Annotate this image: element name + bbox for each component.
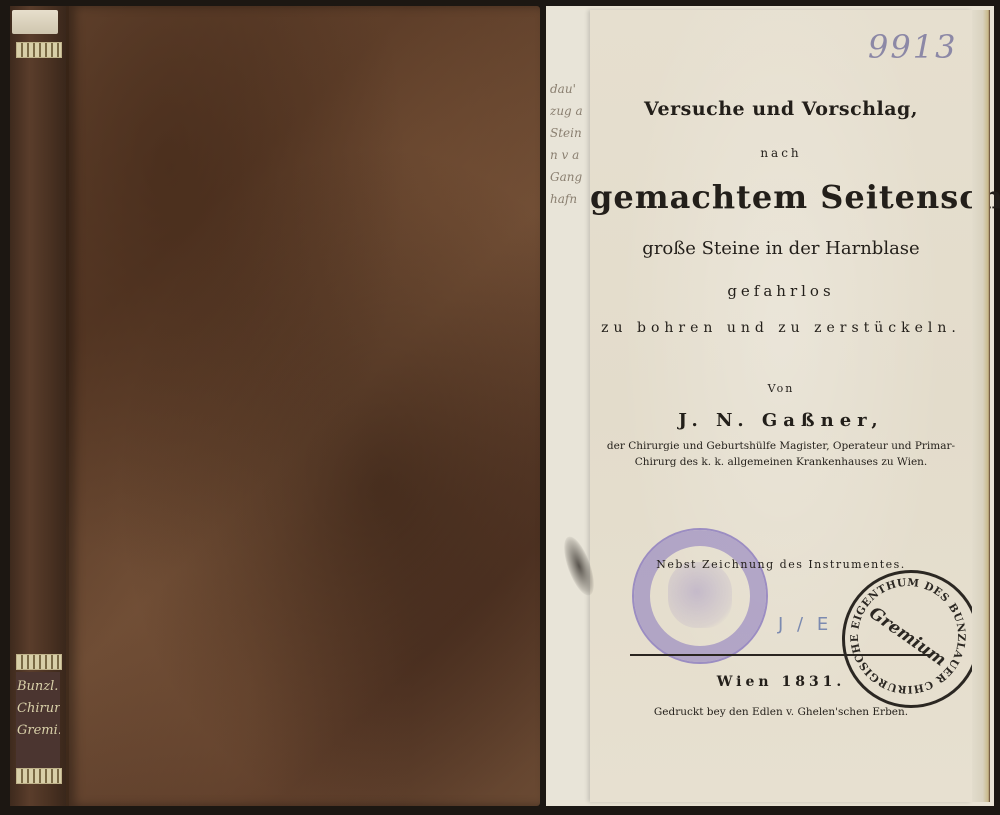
title-line-6: zu bohren und zu zerstückeln. (590, 320, 972, 336)
handwriting-line: n v a (550, 144, 592, 166)
handwriting-line: dau' (550, 78, 592, 100)
title-line-4: große Steine in der Harnblase (590, 238, 972, 259)
handwriting-line: Gang (550, 166, 592, 188)
svg-text:Gremium: Gremium (865, 603, 949, 670)
author-credentials-1: der Chirurgie und Geburtshülfe Magister,… (590, 440, 972, 452)
spine-label-line: Bunzl. (16, 676, 60, 698)
gremium-ownership-stamp: EIGENTHUM DES BUNZLAUER CHIRURGISCHEN Gr… (842, 570, 980, 708)
handwriting-line: hafn (550, 188, 592, 210)
handwriting-line: Stein (550, 122, 592, 144)
pencil-annotation: J / E (778, 614, 832, 635)
spine-label-line: Chirur. (16, 698, 60, 720)
spine-gilt-band-lower (16, 768, 62, 784)
spine-label: Bunzl. Chirur. Gremi. (16, 672, 60, 768)
title-line-1: Versuche und Vorschlag, (590, 98, 972, 120)
shelfmark-number: 9913 (868, 28, 957, 66)
page-edges (972, 10, 990, 802)
title-page: 9913 Versuche und Vorschlag, nach gemach… (590, 10, 972, 802)
book-spine: Bunzl. Chirur. Gremi. (10, 6, 66, 806)
spine-paper-fragment (12, 10, 58, 34)
book-cover: Bunzl. Chirur. Gremi. (10, 6, 540, 806)
spine-gilt-band-top (16, 42, 62, 58)
author-credentials-2: Chirurg des k. k. allgemeinen Krankenhau… (590, 456, 972, 468)
by-line: Von (590, 382, 972, 395)
handwriting-line: zug a (550, 100, 592, 122)
spine-label-line: Gremi. (16, 720, 60, 742)
spine-gilt-band-upper (16, 654, 62, 670)
handwritten-note: dau' zug a Stein n v a Gang hafn (550, 78, 592, 210)
violet-library-stamp (632, 528, 768, 664)
author-name: J. N. Gaßner, (590, 410, 972, 431)
flyleaf: dau' zug a Stein n v a Gang hafn (548, 10, 595, 800)
cover-board (66, 6, 540, 806)
stamp-ring-text-icon: EIGENTHUM DES BUNZLAUER CHIRURGISCHEN Gr… (842, 570, 974, 702)
title-line-5: gefahrlos (590, 282, 972, 300)
eagle-emblem-icon (668, 562, 732, 628)
title-line-3: gemachtem Seitenschnitt (590, 178, 972, 216)
title-line-2: nach (590, 146, 972, 160)
